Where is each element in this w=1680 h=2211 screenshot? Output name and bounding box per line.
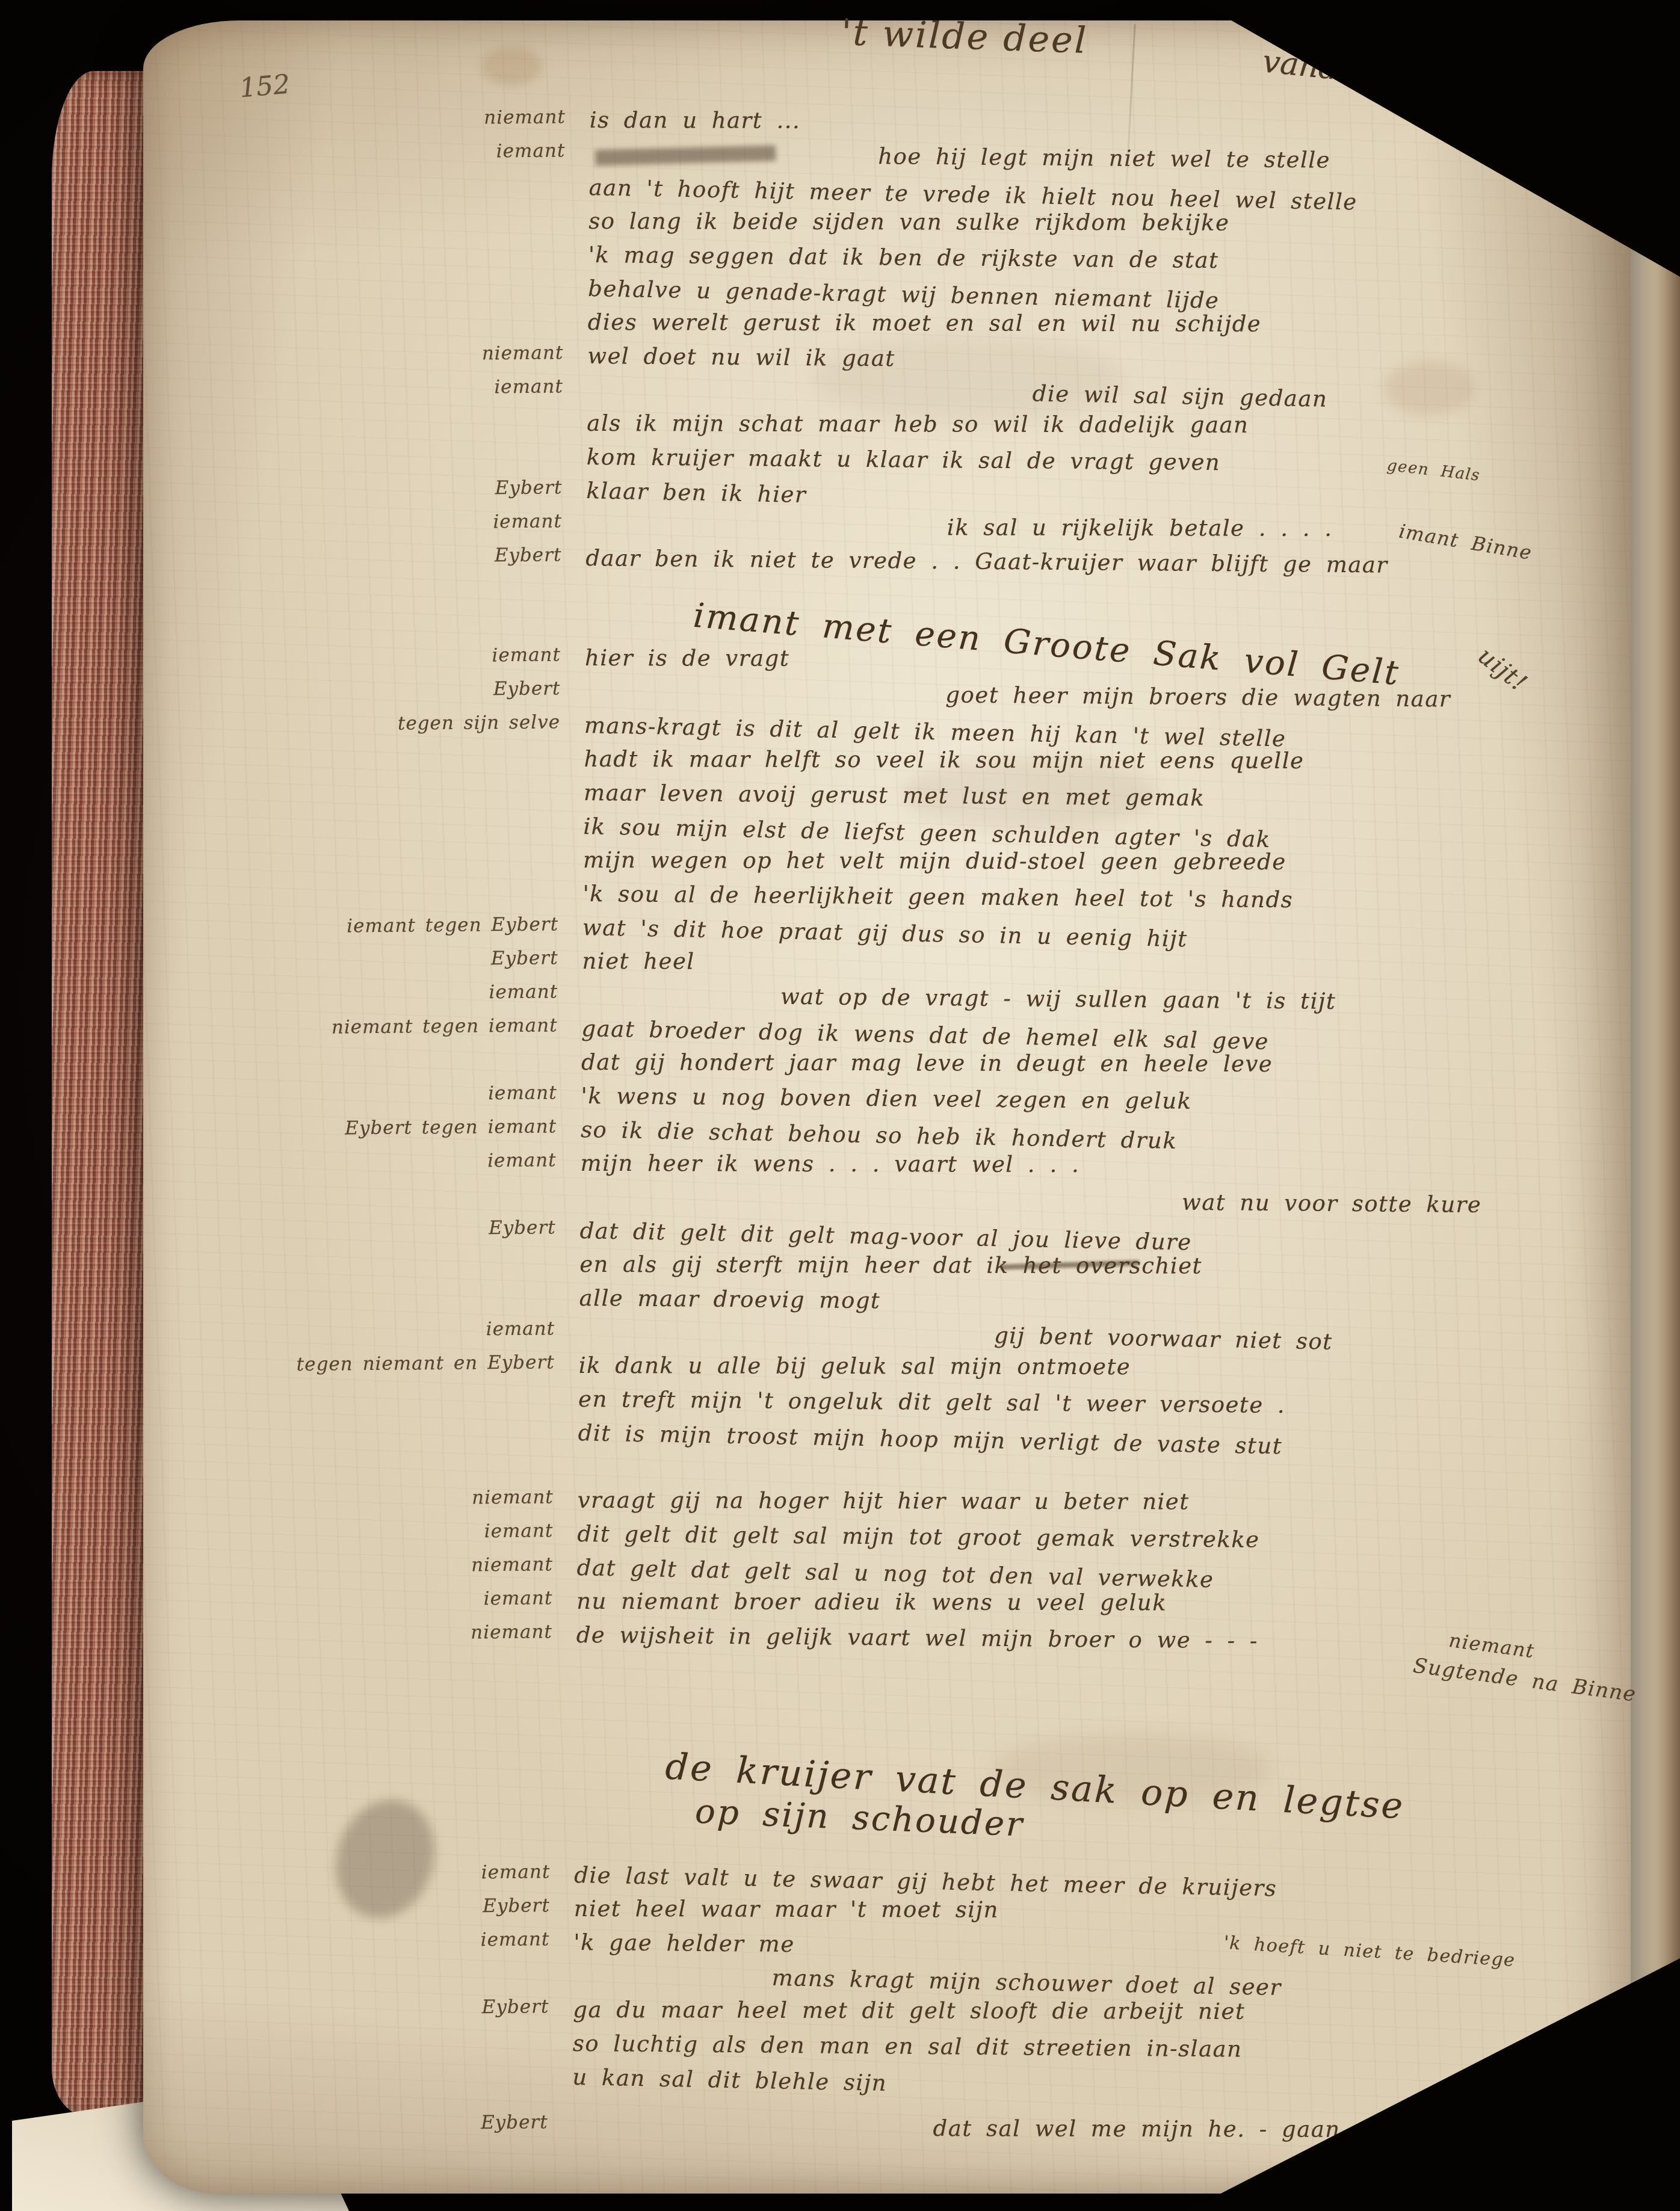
dialogue-line: ik dank u alle bij geluk sal mijn ontmoe… — [579, 1349, 1131, 1384]
stage-direction: op sijn schouder — [575, 1787, 1592, 1847]
dialogue-line: 'k sou al de heerlijkheit geen maken hee… — [582, 877, 1293, 917]
dialogue-line: alle maar droevig mogt — [579, 1281, 880, 1318]
dialogue-row: Sugtende na Binne — [576, 1652, 1593, 1700]
speaker-name: Eybert — [197, 941, 558, 978]
speaker-name: Eybert — [194, 1210, 555, 1247]
running-head-left: 't wilde deel — [841, 11, 1089, 62]
dialogue-line: en als gij sterft mijn heer dat ik het o… — [579, 1248, 1202, 1283]
speaker-name: Eybert tegen iemant — [196, 1109, 557, 1146]
speaker-name: Eybert — [200, 538, 561, 575]
dialogue-line: wat op de vragt - wij sullen gaan 't is … — [780, 980, 1336, 1019]
dialogue-rows: niemantis dan u hart ...iemanthoe hij le… — [572, 103, 1607, 2194]
dialogue-line: mijn wegen op het velt mijn duid-stoel g… — [583, 843, 1286, 879]
dialogue-line: wel doet nu wil ik gaat — [587, 339, 895, 375]
dialogue-line: daar ben ik niet te vrede . . Gaat-kruij… — [585, 541, 1388, 582]
dialogue-line: hier is de vragt — [585, 641, 789, 676]
speaker-name: tegen sijn selve — [199, 705, 560, 742]
speaker-name: iemant — [201, 504, 562, 541]
dialogue-line: mijn heer ik wens . . . vaart wel . . . — [581, 1147, 1080, 1182]
speaker-name: Eybert — [189, 1889, 550, 1925]
speaker-name: niemant — [192, 1547, 553, 1584]
stage-direction-text: op sijn schouder — [694, 1789, 1025, 1849]
speaker-name: iemant — [202, 369, 563, 406]
speaker-name: iemant — [194, 1312, 555, 1348]
dialogue-line: ga du maar heel met dit gelt slooft die … — [573, 1993, 1245, 2029]
dialogue-line: de wijsheit in gelijk vaart wel mijn bro… — [576, 1618, 1259, 1658]
dialogue-line: maar leven avoij gerust met lust en met … — [584, 776, 1205, 815]
dialogue-line: goet heer mijn broers die wagten naar — [945, 678, 1451, 716]
dialogue-line: dat sal wel me mijn he. - gaan . — [933, 2112, 1363, 2147]
speaker-name: iemant — [188, 1922, 549, 1959]
dialogue-line: 'k gae helder me — [573, 1926, 795, 1961]
dialogue-line: en treft mijn 't ongeluk dit gelt sal 't… — [578, 1383, 1286, 1422]
speaker-name: niemant — [191, 1615, 552, 1651]
speaker-name: Eybert — [188, 1990, 549, 2026]
speaker-name: niemant — [205, 100, 566, 137]
folio-number: 152 — [238, 69, 291, 103]
dialogue-line: nu niemant broer adieu ik wens u veel ge… — [576, 1585, 1167, 1620]
manuscript-photo: 152 't wilde deel vanden niemantis dan u… — [0, 0, 1680, 2211]
dialogue-line: ik sal u rijkelijk betale . . . . — [947, 511, 1333, 546]
dialogue-line: hadt ik maar helft so veel ik sou mijn n… — [584, 742, 1304, 778]
dialogue-line: so lang ik beide sijden van sulke rijkdo… — [588, 205, 1229, 240]
speaker-name: iemant tegen Eybert — [197, 907, 558, 944]
dialogue-line: 'k mag seggen dat ik ben de rijkste van … — [588, 238, 1219, 277]
dialogue-line: als ik mijn schat maar heb so wil ik dad… — [587, 407, 1249, 442]
dialogue-line: niet heel — [582, 945, 694, 978]
dialogue-line: dies werelt gerust ik moet en sal en wil… — [588, 306, 1262, 341]
speaker-name: iemant — [200, 638, 561, 674]
speaker-name: iemant — [197, 975, 558, 1011]
speaker-name: Eybert — [187, 2105, 548, 2142]
speaker-name: iemant — [189, 1855, 550, 1892]
speaker-name: iemant — [191, 1581, 552, 1618]
speaker-name: iemant — [204, 134, 565, 170]
dialogue-line: dit gelt dit gelt sal mijn tot groot gem… — [577, 1517, 1260, 1557]
speaker-name: iemant — [196, 1076, 557, 1112]
dialogue-line: so luchtig als den man en sal dit street… — [573, 2027, 1243, 2067]
speaker-name: iemant — [192, 1514, 553, 1550]
stage-direction: imant met een Groote Sak vol Geltuijt! — [585, 598, 1602, 644]
dialogue-line: u kan sal dit blehle sijn — [572, 2061, 888, 2100]
speaker-name: niemant — [202, 336, 563, 372]
dialogue-line: 'k wens u nog boven dien veel zegen en g… — [581, 1079, 1191, 1118]
dialogue-line: dat gij hondert jaar mag leve in deugt e… — [581, 1046, 1273, 1081]
speaker-name: niemant tegen iemant — [196, 1008, 557, 1045]
dialogue-line: wat nu voor sotte kure — [1182, 1186, 1482, 1222]
dialogue-line: klaar ben ik hier — [586, 474, 807, 512]
dialogue-line: dit is mijn troost mijn hoop mijn verlig… — [578, 1416, 1282, 1463]
speaker-name: Eybert — [201, 470, 562, 507]
dialogue-line: kom kruijer maakt u klaar ik sal de vrag… — [587, 440, 1221, 480]
speaker-name: iemant — [195, 1143, 556, 1180]
speaker-name: niemant — [193, 1480, 554, 1517]
speaker-name: tegen niemant en Eybert — [193, 1345, 554, 1382]
dialogue-line: niet heel waar maar 't moet sijn — [574, 1892, 999, 1927]
speaker-name: Eybert — [199, 671, 560, 708]
dialogue-line: hoe hij legt mijn niet wel te stelle — [878, 140, 1330, 177]
dialogue-line: vraagt gij na hoger hijt hier waar u bet… — [578, 1484, 1190, 1519]
dialogue-line: is dan u hart ... — [590, 103, 801, 138]
